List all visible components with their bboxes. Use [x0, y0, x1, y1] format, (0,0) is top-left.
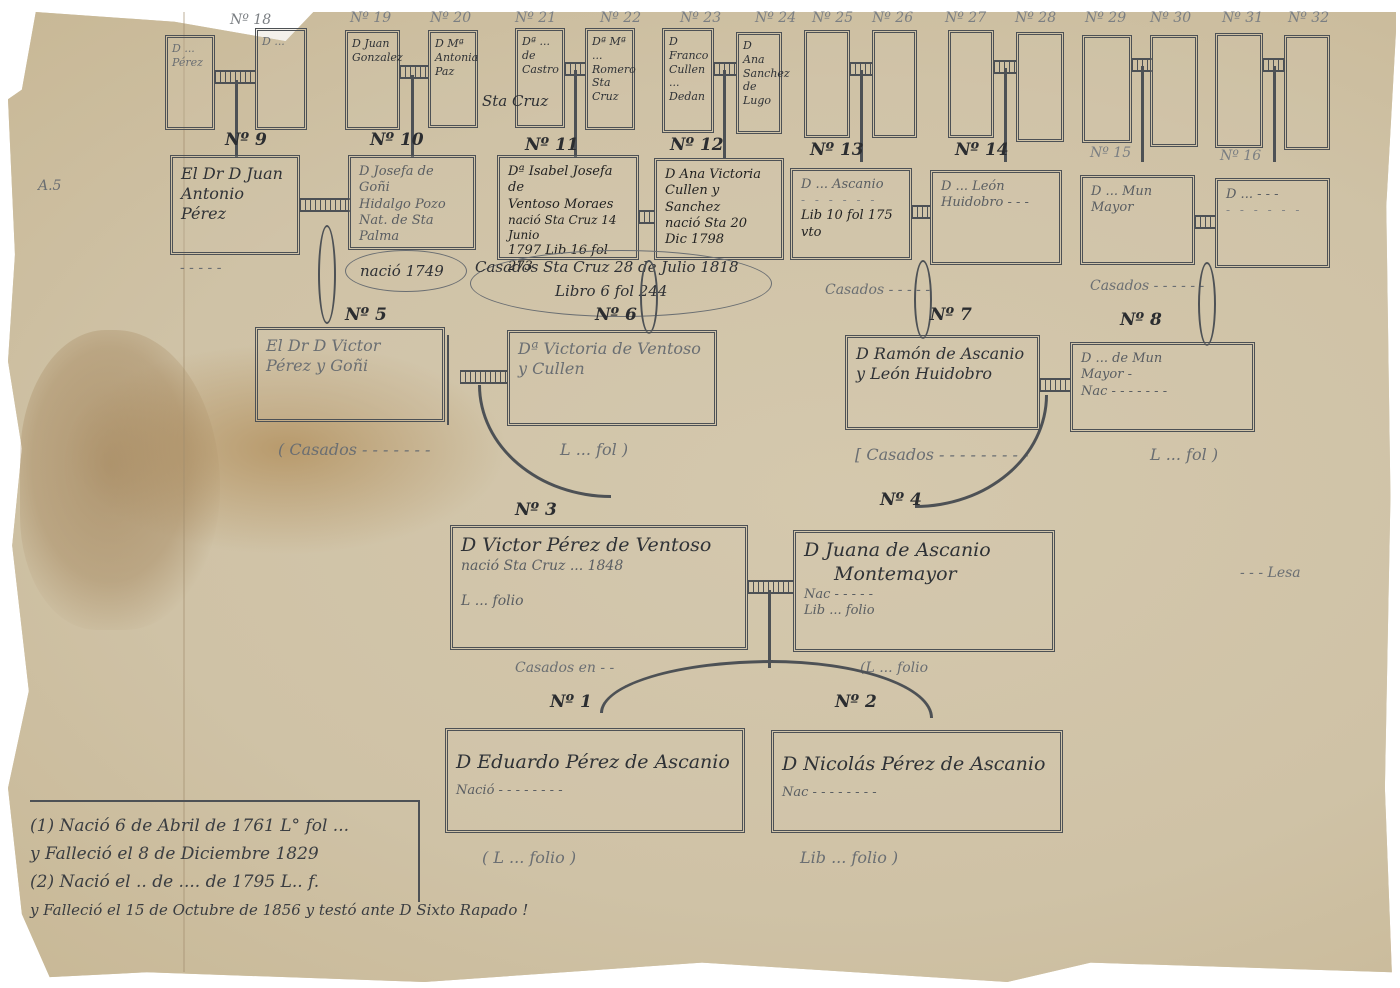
descent-line	[768, 590, 771, 668]
box-number: Nº 3	[515, 500, 557, 520]
box-number: Nº 4	[880, 490, 922, 510]
marriage-note: L ... fol )	[1150, 445, 1218, 464]
descent-spindle	[640, 260, 658, 334]
ancestor-box-12: D Ana Victoria Cullen y Sanchez nació St…	[654, 158, 784, 260]
box-number: Nº 2	[835, 692, 877, 712]
marriage-note: Casados en - -	[515, 660, 614, 676]
marriage-link	[1040, 378, 1070, 392]
ancestor-box-14: D ... León Huidobro - - -	[930, 170, 1062, 265]
side-note: Sta Cruz	[482, 92, 548, 110]
box-number: Nº 16	[1220, 148, 1261, 164]
box-number: Nº 31	[1222, 10, 1263, 26]
marriage-link	[639, 210, 655, 224]
box-number: Nº 18	[230, 12, 271, 28]
ancestor-box-29	[1082, 35, 1132, 143]
box-number: Nº 12	[670, 135, 724, 155]
box-number: Nº 26	[872, 10, 913, 26]
person-box-1: D Eduardo Pérez de Ascanio Nació - - - -…	[445, 728, 745, 833]
box-number: Nº 23	[680, 10, 721, 26]
ancestor-box-27	[948, 30, 994, 138]
ancestor-box-15: D ... Mun Mayor	[1080, 175, 1195, 265]
ancestor-box-24: D Ana Sanchez de Lugo	[736, 32, 782, 134]
ancestor-box-4: D Juana de Ascanio Montemayor Nac - - - …	[793, 530, 1055, 652]
box-number: Nº 32	[1288, 10, 1329, 26]
ancestor-box-30	[1150, 35, 1198, 147]
box-number: Nº 30	[1150, 10, 1191, 26]
marriage-note: - - - - -	[180, 260, 221, 276]
footnote-1-cont: y Falleció el 8 de Diciembre 1829	[30, 840, 430, 868]
descent-spindle	[1198, 262, 1216, 346]
ancestor-box-13: D ... Ascanio - - - - - - Lib 10 fol 175…	[790, 168, 912, 260]
ancestor-box-11: Dª Isabel Josefa de Ventoso Moraes nació…	[497, 155, 639, 260]
ancestor-box-5: El Dr D Victor Pérez y Goñi	[255, 327, 445, 422]
descent-spindle	[914, 260, 932, 339]
box-number: Nº 15	[1090, 145, 1131, 161]
ancestor-box-19: D Juan Gonzalez	[345, 30, 400, 130]
box-number: Nº 1	[550, 692, 592, 712]
box-number: Nº 24	[755, 10, 796, 26]
marriage-link	[400, 65, 428, 79]
box-number: Nº 10	[370, 130, 424, 150]
footnote-2-cont: y Falleció el 15 de Octubre de 1856 y te…	[30, 896, 430, 924]
ancestor-box-26	[872, 30, 917, 138]
descent-line	[1273, 66, 1276, 162]
descent-spindle	[318, 225, 336, 324]
marriage-link	[1195, 215, 1215, 229]
ancestor-box-23: D Franco Cullen ... Dedan	[662, 28, 714, 133]
box-number: Nº 6	[595, 305, 637, 325]
ancestor-box-10: D Josefa de Goñi Hidalgo Pozo Nat. de St…	[348, 155, 476, 250]
marriage-link	[460, 370, 508, 384]
ancestor-box-8: D ... de Mun Mayor - Nac - - - - - - -	[1070, 342, 1255, 432]
box-number: Nº 11	[525, 135, 579, 155]
box-number: Nº 14	[955, 140, 1009, 160]
ancestor-box-22: Dª Mª ... Romero Sta Cruz	[585, 28, 635, 130]
ancestor-box-28	[1016, 32, 1064, 142]
ancestor-box-18: D ...	[255, 28, 307, 130]
ancestor-box-25	[804, 30, 850, 138]
record-note: Lib ... folio )	[800, 848, 898, 867]
ancestor-box-21: Dª ... de Castro	[515, 28, 565, 128]
box-number: Nº 13	[810, 140, 864, 160]
bracket-line	[447, 335, 449, 425]
box-number: Nº 28	[1015, 10, 1056, 26]
ancestor-box-16: D ... - - - - - - - - -	[1215, 178, 1330, 268]
ancestor-box-3: D Victor Pérez de Ventoso nació Sta Cruz…	[450, 525, 748, 650]
marriage-link	[300, 198, 350, 212]
ancestor-box-32	[1284, 35, 1330, 150]
box-number: Nº 21	[515, 10, 556, 26]
box-number: Nº 25	[812, 10, 853, 26]
record-note: ( L ... folio )	[482, 848, 576, 867]
ancestor-box-31	[1215, 33, 1263, 148]
box-number: Nº 29	[1085, 10, 1126, 26]
birth-note: nació 1749	[360, 262, 444, 280]
footnotes-block: (1) Nació 6 de Abril de 1761 L° fol ... …	[30, 812, 430, 924]
box-number: Nº 27	[945, 10, 986, 26]
box-number: Nº 8	[1120, 310, 1162, 330]
person-box-2: D Nicolás Pérez de Ascanio Nac - - - - -…	[771, 730, 1063, 833]
corner-mark: A.5	[38, 178, 61, 194]
marriage-note: Casados - - - - - -	[1090, 278, 1204, 294]
box-number: Nº 19	[350, 10, 391, 26]
box-number: Nº 20	[430, 10, 471, 26]
marriage-note: Casados Sta Cruz 28 de Julio 1818	[475, 258, 739, 276]
box-number: Nº 22	[600, 10, 641, 26]
box-number: Nº 7	[930, 305, 972, 325]
marriage-link	[912, 205, 930, 219]
margin-note: - - - Lesa	[1240, 565, 1301, 581]
footnote-2: (2) Nació el .. de .... de 1795 L.. f.	[30, 868, 430, 896]
descent-line	[1141, 66, 1144, 162]
box-number: Nº 5	[345, 305, 387, 325]
ancestor-box-9: El Dr D Juan Antonio Pérez	[170, 155, 300, 255]
box-number: Nº 9	[225, 130, 267, 150]
ancestor-box-17: D ... Pérez	[165, 35, 215, 130]
marriage-note: ( Casados - - - - - - -	[278, 440, 430, 459]
ancestor-box-20: D Mª Antonia Paz	[428, 30, 478, 128]
footnote-1: (1) Nació 6 de Abril de 1761 L° fol ...	[30, 812, 430, 840]
